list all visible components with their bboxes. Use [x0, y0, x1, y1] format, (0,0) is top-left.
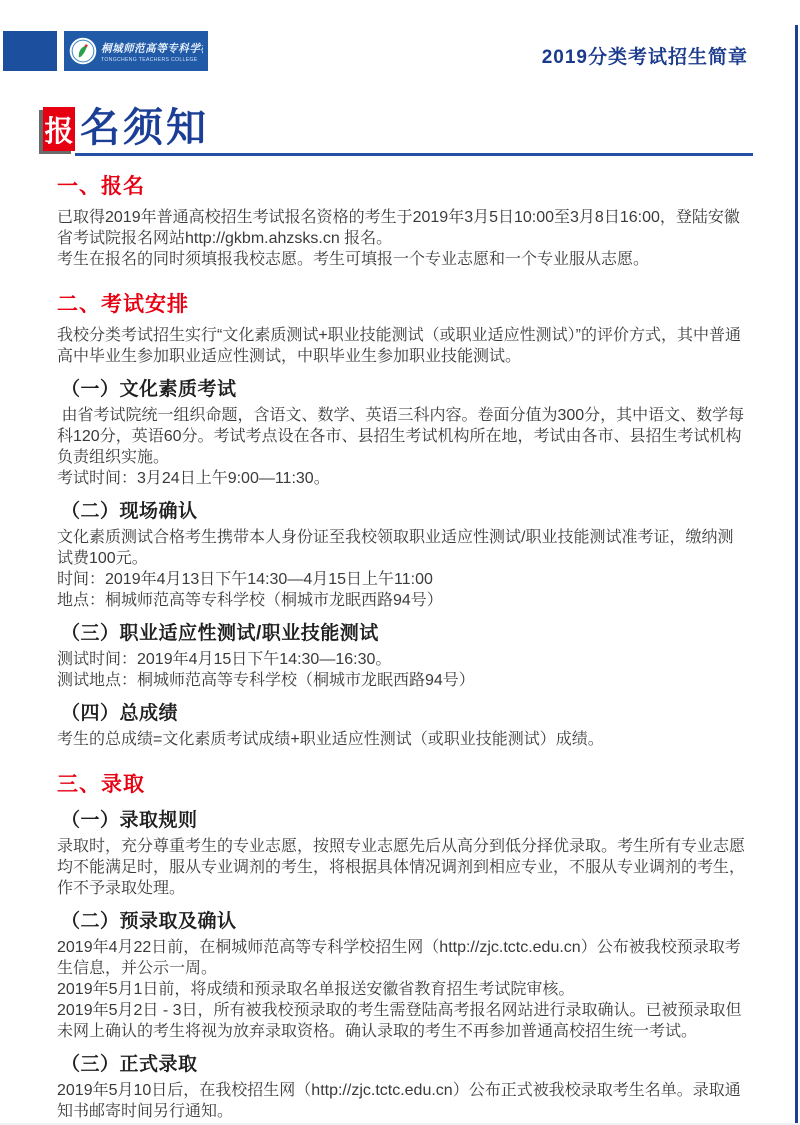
subsection-total-score-paragraph: 考生的总成绩=文化素质考试成绩+职业适应性测试（或职业技能测试）成绩。 — [57, 729, 748, 750]
subsection-onsite-confirm-time: 时间：2019年4月13日下午14:30—4月15日上午11:00 — [57, 569, 748, 590]
college-name-en: TONGCHENG TEACHERS COLLEGE — [101, 57, 188, 62]
section-1-heading: 一、报名 — [57, 170, 748, 200]
subsection-culture-exam-time: 考试时间：3月24日上午9:00—11:30。 — [57, 468, 748, 489]
subsection-preadmission-title: （二）预录取及确认 — [61, 906, 748, 933]
college-name-cn: 桐城师范高等专科学校 — [101, 40, 199, 56]
section-3-heading: 三、录取 — [57, 768, 748, 798]
section-1-paragraph: 已取得2019年普通高校招生考试报名资格的考生于2019年3月5日10:00至3… — [57, 207, 748, 249]
section-1-paragraph: 考生在报名的同时须填报我校志愿。考生可填报一个专业志愿和一个专业服从志愿。 — [57, 249, 748, 270]
college-emblem-icon — [69, 37, 97, 65]
subsection-skill-test-place: 测试地点：桐城师范高等专科学校（桐城市龙眠西路94号） — [57, 670, 748, 691]
banner-highlight-box: 报 — [43, 107, 75, 151]
subsection-admission-rules-title: （一）录取规则 — [61, 805, 748, 832]
header-blue-block — [3, 31, 57, 71]
right-border-line — [795, 25, 798, 1123]
section-2-heading: 二、考试安排 — [57, 288, 748, 318]
college-logo-band: 桐城师范高等专科学校 TONGCHENG TEACHERS COLLEGE — [64, 31, 208, 71]
section-2-intro: 我校分类考试招生实行“文化素质测试+职业技能测试（或职业适应性测试）”的评价方式… — [57, 325, 748, 367]
subsection-onsite-confirm-title: （二）现场确认 — [61, 496, 748, 523]
subsection-culture-exam-paragraph: 由省考试院统一组织命题，含语文、数学、英语三科内容。卷面分值为300分，其中语文… — [57, 405, 748, 468]
college-name-block: 桐城师范高等专科学校 TONGCHENG TEACHERS COLLEGE — [101, 40, 203, 63]
subsection-onsite-confirm-place: 地点：桐城师范高等专科学校（桐城市龙眠西路94号） — [57, 590, 748, 611]
subsection-skill-test-time: 测试时间：2019年4月15日下午14:30—16:30。 — [57, 649, 748, 670]
document-page: 桐城师范高等专科学校 TONGCHENG TEACHERS COLLEGE 20… — [0, 0, 800, 1125]
subsection-onsite-confirm-paragraph: 文化素质测试合格考生携带本人身份证至我校领取职业适应性测试/职业技能测试准考证，… — [57, 527, 748, 569]
subsection-formal-admission-title: （三）正式录取 — [61, 1049, 748, 1076]
subsection-preadmission-paragraph: 2019年4月22日前，在桐城师范高等专科学校招生网（http://zjc.tc… — [57, 937, 748, 979]
subsection-preadmission-paragraph: 2019年5月2日 - 3日，所有被我校预录取的考生需登陆高考报名网站进行录取确… — [57, 1000, 748, 1042]
subsection-total-score-title: （四）总成绩 — [61, 698, 748, 725]
banner-underline — [75, 153, 753, 156]
subsection-skill-test-title: （三）职业适应性测试/职业技能测试 — [61, 618, 748, 645]
subsection-admission-rules-paragraph: 录取时，充分尊重考生的专业志愿，按照专业志愿先后从高分到低分择优录取。考生所有专… — [57, 836, 748, 899]
doc-title: 2019分类考试招生简章 — [542, 42, 748, 69]
subsection-formal-admission-paragraph: 2019年5月10日后，在我校招生网（http://zjc.tctc.edu.c… — [57, 1080, 748, 1122]
banner-title: 报 名须知 — [43, 105, 800, 157]
subsection-culture-exam-title: （一）文化素质考试 — [61, 374, 748, 401]
page-header: 桐城师范高等专科学校 TONGCHENG TEACHERS COLLEGE 20… — [0, 0, 800, 88]
subsection-preadmission-paragraph: 2019年5月1日前，将成绩和预录取名单报送安徽省教育招生考试院审核。 — [57, 979, 748, 1000]
banner-title-text: 名须知 — [80, 105, 209, 151]
document-body: 一、报名 已取得2019年普通高校招生考试报名资格的考生于2019年3月5日10… — [57, 170, 748, 1122]
